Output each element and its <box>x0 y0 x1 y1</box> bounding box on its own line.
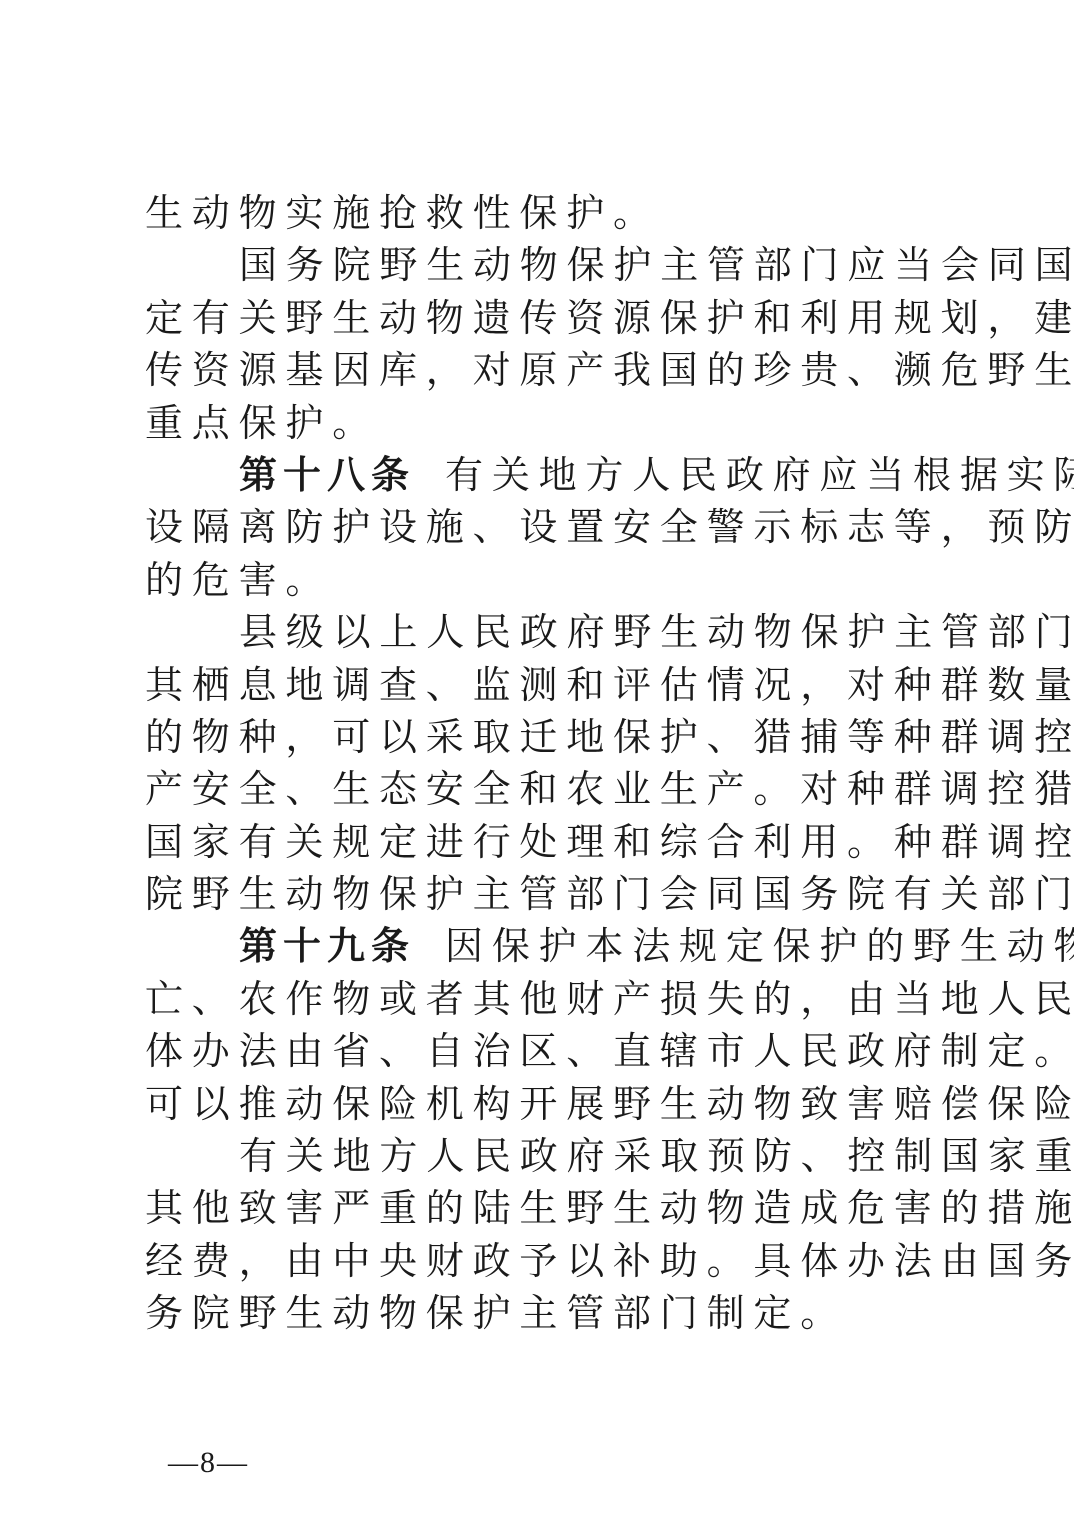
page-number: —8— <box>168 1446 249 1480</box>
text-line: 定有关野生动物遗传资源保护和利用规划，建立国家野生动物遗 <box>145 292 945 344</box>
text-line: 设隔离防护设施、设置安全警示标志等，预防野生动物可能造成 <box>145 501 945 553</box>
text-line: 务院野生动物保护主管部门制定。 <box>145 1287 945 1339</box>
text-line: 产安全、生态安全和农业生产。对种群调控猎捕的野生动物按照 <box>145 763 945 815</box>
text-line: 国家有关规定进行处理和综合利用。种群调控的具体办法由国务 <box>145 816 945 868</box>
text-line: 其他致害严重的陆生野生动物造成危害的措施以及实行补偿所需 <box>145 1182 945 1234</box>
text-line: 亡、农作物或者其他财产损失的，由当地人民政府给予补偿。具 <box>145 973 945 1025</box>
text-line: 传资源基因库，对原产我国的珍贵、濒危野生动物遗传资源实行 <box>145 344 945 396</box>
article-19-heading-line: 第十九条因保护本法规定保护的野生动物，造成人员伤 <box>145 920 945 972</box>
text-line: 重点保护。 <box>145 397 945 449</box>
article-number: 第十九条 <box>239 924 415 968</box>
text-line: 县级以上人民政府野生动物保护主管部门根据野生动物及 <box>145 606 945 658</box>
text-line: 生动物实施抢救性保护。 <box>145 187 945 239</box>
text-line: 其栖息地调查、监测和评估情况，对种群数量明显超过环境容量 <box>145 659 945 711</box>
text-line: 院野生动物保护主管部门会同国务院有关部门制定。 <box>145 868 945 920</box>
text-line: 有关地方人民政府采取预防、控制国家重点保护野生动物和 <box>145 1130 945 1182</box>
text-line: 的物种，可以采取迁地保护、猎捕等种群调控措施，保障人身财 <box>145 711 945 763</box>
text-line: 有关地方人民政府应当根据实际情况和需要建 <box>445 453 1074 497</box>
body-text: 生动物实施抢救性保护。 国务院野生动物保护主管部门应当会同国务院有关部门制 定有… <box>145 187 945 1340</box>
text-line: 国务院野生动物保护主管部门应当会同国务院有关部门制 <box>145 239 945 291</box>
article-number: 第十八条 <box>239 453 415 497</box>
text-line: 可以推动保险机构开展野生动物致害赔偿保险业务。 <box>145 1078 945 1130</box>
text-line: 因保护本法规定保护的野生动物，造成人员伤 <box>445 924 1074 968</box>
text-line: 体办法由省、自治区、直辖市人民政府制定。有关地方人民政府 <box>145 1025 945 1077</box>
article-18-heading-line: 第十八条有关地方人民政府应当根据实际情况和需要建 <box>145 449 945 501</box>
text-line: 经费，由中央财政予以补助。具体办法由国务院财政部门会同国 <box>145 1235 945 1287</box>
text-line: 的危害。 <box>145 554 945 606</box>
document-page: 生动物实施抢救性保护。 国务院野生动物保护主管部门应当会同国务院有关部门制 定有… <box>0 0 1074 1520</box>
